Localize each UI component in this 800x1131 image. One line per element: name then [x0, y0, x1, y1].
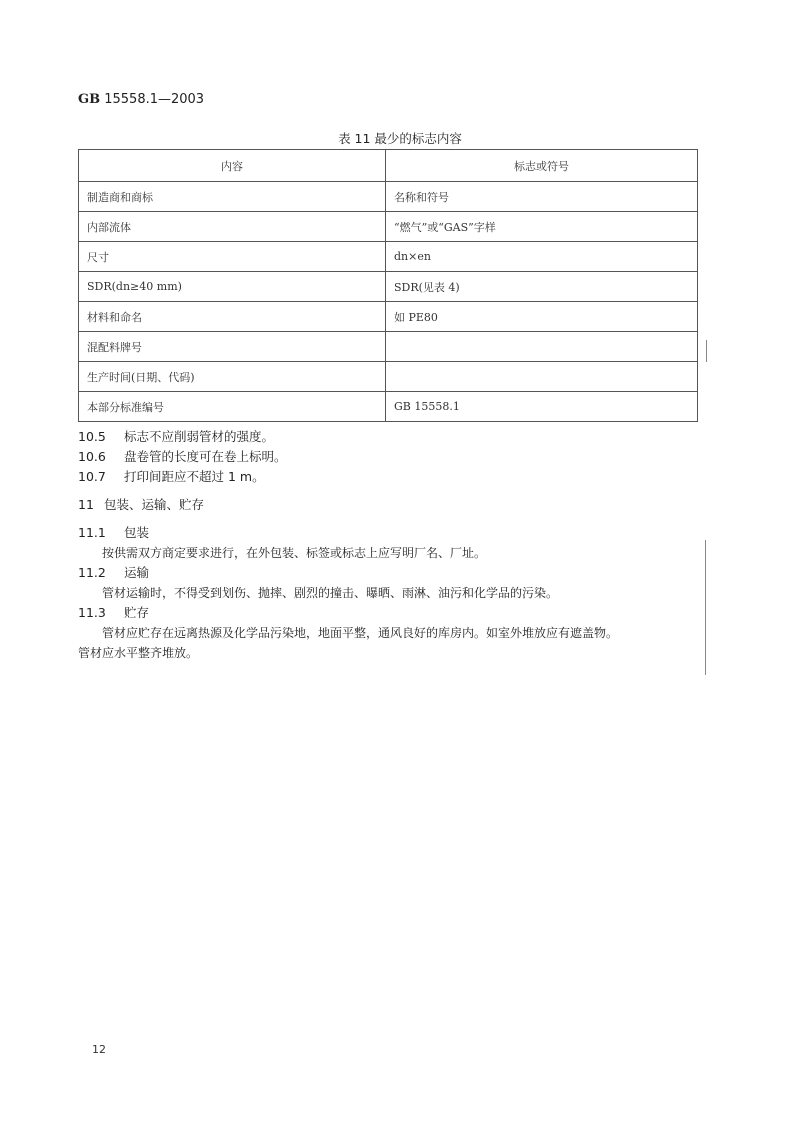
- document-header: GB 15558.1—2003: [78, 92, 204, 107]
- subsection-11-1-heading: 11.1包装: [78, 523, 708, 543]
- subsection-number: 11.2: [78, 563, 124, 583]
- cell-content: SDR(dn≥40 mm): [79, 272, 386, 302]
- cell-content: 本部分标准编号: [79, 392, 386, 422]
- body-text: 10.5标志不应削弱管材的强度。 10.6盘卷管的长度可在卷上标明。 10.7打…: [78, 427, 708, 663]
- marking-table: 内容 标志或符号 制造商和商标 名称和符号 内部流体 “燃气”或“GAS”字样 …: [78, 149, 698, 422]
- subsection-title: 包装: [124, 525, 149, 540]
- table-row: 生产时间(日期、代码): [79, 362, 698, 392]
- table-row: 尺寸 dn×en: [79, 242, 698, 272]
- table-caption: 表 11 最少的标志内容: [0, 129, 800, 147]
- cell-mark: dn×en: [386, 242, 698, 272]
- cell-content: 内部流体: [79, 212, 386, 242]
- subsection-11-2-heading: 11.2运输: [78, 563, 708, 583]
- clause-text: 打印间距应不超过 1 m。: [124, 469, 265, 484]
- cell-content: 制造商和商标: [79, 182, 386, 212]
- subsection-11-3-heading: 11.3贮存: [78, 603, 708, 623]
- section-11-heading: 11包装、运输、贮存: [78, 495, 708, 515]
- cell-mark: 如 PE80: [386, 302, 698, 332]
- clause-10-6: 10.6盘卷管的长度可在卷上标明。: [78, 447, 708, 467]
- header-standard-number: 15558.1—2003: [104, 92, 204, 107]
- subsection-number: 11.3: [78, 603, 124, 623]
- section-number: 11: [78, 495, 104, 515]
- table-row: 材料和命名 如 PE80: [79, 302, 698, 332]
- clause-number: 10.7: [78, 467, 124, 487]
- cell-mark: GB 15558.1: [386, 392, 698, 422]
- clause-text: 盘卷管的长度可在卷上标明。: [124, 449, 287, 464]
- revision-bar: [706, 340, 707, 362]
- clause-number: 10.6: [78, 447, 124, 467]
- table-row: 制造商和商标 名称和符号: [79, 182, 698, 212]
- column-header-content: 内容: [79, 150, 386, 182]
- table-row: 混配料牌号: [79, 332, 698, 362]
- column-header-mark: 标志或符号: [386, 150, 698, 182]
- subsection-title: 运输: [124, 565, 149, 580]
- table-row: 本部分标准编号 GB 15558.1: [79, 392, 698, 422]
- cell-content: 材料和命名: [79, 302, 386, 332]
- cell-mark: 名称和符号: [386, 182, 698, 212]
- subsection-11-1-text: 按供需双方商定要求进行，在外包装、标签或标志上应写明厂名、厂址。: [78, 543, 708, 563]
- cell-mark: “燃气”或“GAS”字样: [386, 212, 698, 242]
- cell-content: 生产时间(日期、代码): [79, 362, 386, 392]
- subsection-number: 11.1: [78, 523, 124, 543]
- cell-mark: [386, 332, 698, 362]
- subsection-11-3-text-cont: 管材应水平整齐堆放。: [78, 643, 708, 663]
- clause-10-7: 10.7打印间距应不超过 1 m。: [78, 467, 708, 487]
- section-title: 包装、运输、贮存: [104, 497, 204, 512]
- subsection-11-3-text: 管材应贮存在远离热源及化学品污染地，地面平整，通风良好的库房内。如室外堆放应有遮…: [78, 623, 708, 643]
- table-header-row: 内容 标志或符号: [79, 150, 698, 182]
- cell-mark: SDR(见表 4): [386, 272, 698, 302]
- subsection-11-2-text: 管材运输时，不得受到划伤、抛摔、剧烈的撞击、曝晒、雨淋、油污和化学品的污染。: [78, 583, 708, 603]
- subsection-title: 贮存: [124, 605, 149, 620]
- header-prefix: GB: [78, 92, 100, 107]
- clause-text: 标志不应削弱管材的强度。: [124, 429, 274, 444]
- cell-mark: [386, 362, 698, 392]
- table-row: SDR(dn≥40 mm) SDR(见表 4): [79, 272, 698, 302]
- table-row: 内部流体 “燃气”或“GAS”字样: [79, 212, 698, 242]
- revision-bar: [705, 540, 706, 675]
- cell-content: 尺寸: [79, 242, 386, 272]
- page-number: 12: [92, 1043, 106, 1056]
- clause-number: 10.5: [78, 427, 124, 447]
- clause-10-5: 10.5标志不应削弱管材的强度。: [78, 427, 708, 447]
- cell-content: 混配料牌号: [79, 332, 386, 362]
